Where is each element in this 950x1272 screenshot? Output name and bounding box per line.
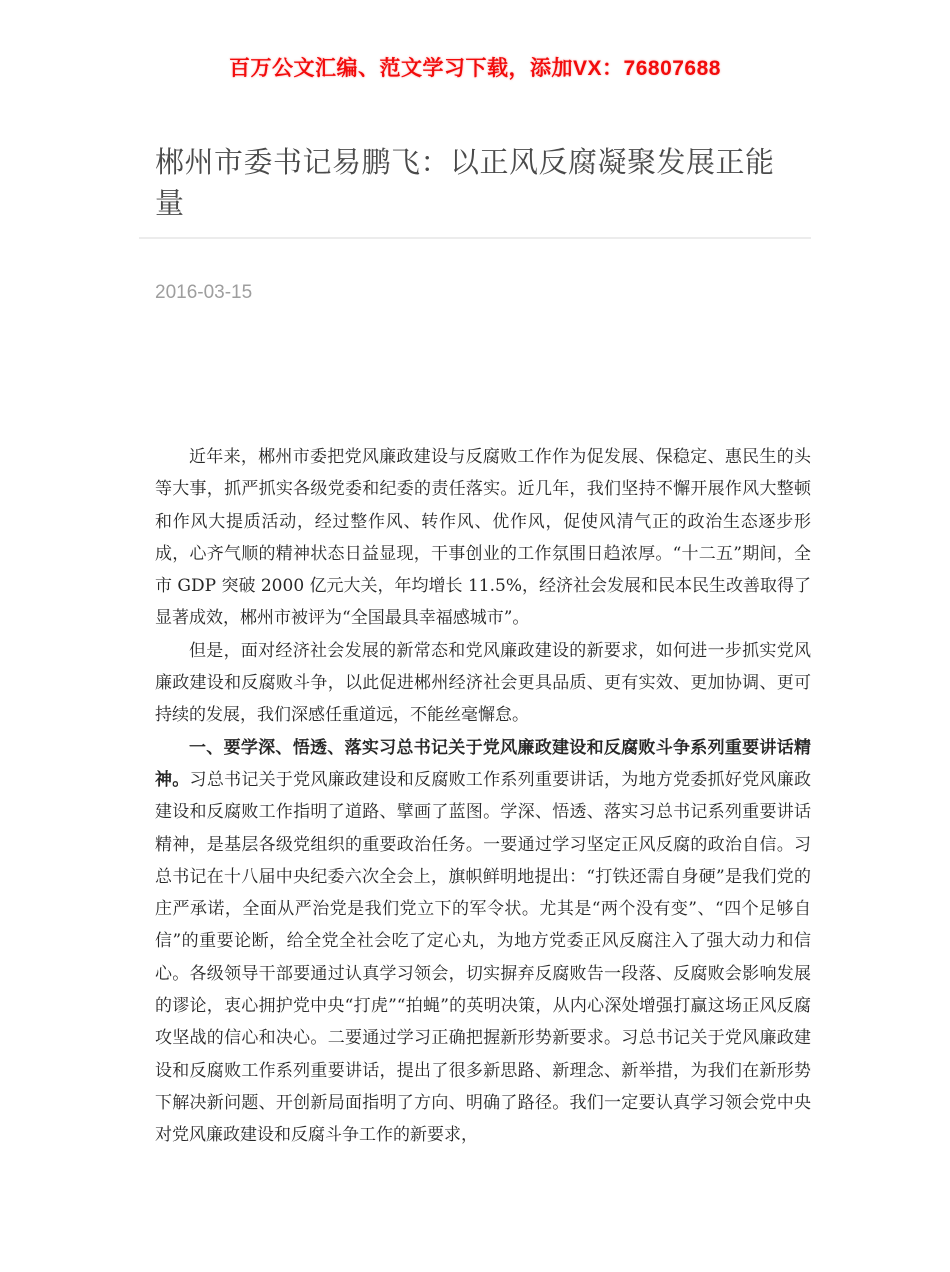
bottom-whitespace [139, 1152, 811, 1272]
paragraph-1: 近年来，郴州市委把党风廉政建设与反腐败工作作为促发展、保稳定、惠民生的头等大事，… [155, 441, 811, 635]
promo-banner-text: 百万公文汇编、范文学习下载，添加VX：76807688 [0, 0, 950, 82]
article-body: 近年来，郴州市委把党风廉政建设与反腐败工作作为促发展、保稳定、惠民生的头等大事，… [139, 441, 811, 1152]
paragraph-3-text: 习总书记关于党风廉政建设和反腐败工作系列重要讲话，为地方党委抓好党风廉政建设和反… [155, 770, 811, 1145]
paragraph-3: 一、要学深、悟透、落实习总书记关于党风廉政建设和反腐败斗争系列重要讲话精神。习总… [155, 732, 811, 1152]
article-container: 郴州市委书记易鹏飞：以正风反腐凝聚发展正能量 2016-03-15 近年来，郴州… [139, 140, 811, 1272]
title-divider [139, 237, 811, 239]
page-title: 郴州市委书记易鹏飞：以正风反腐凝聚发展正能量 [139, 140, 811, 222]
paragraph-2: 但是，面对经济社会发展的新常态和党风廉政建设的新要求，如何进一步抓实党风廉政建设… [155, 635, 811, 732]
article-date: 2016-03-15 [139, 282, 811, 304]
